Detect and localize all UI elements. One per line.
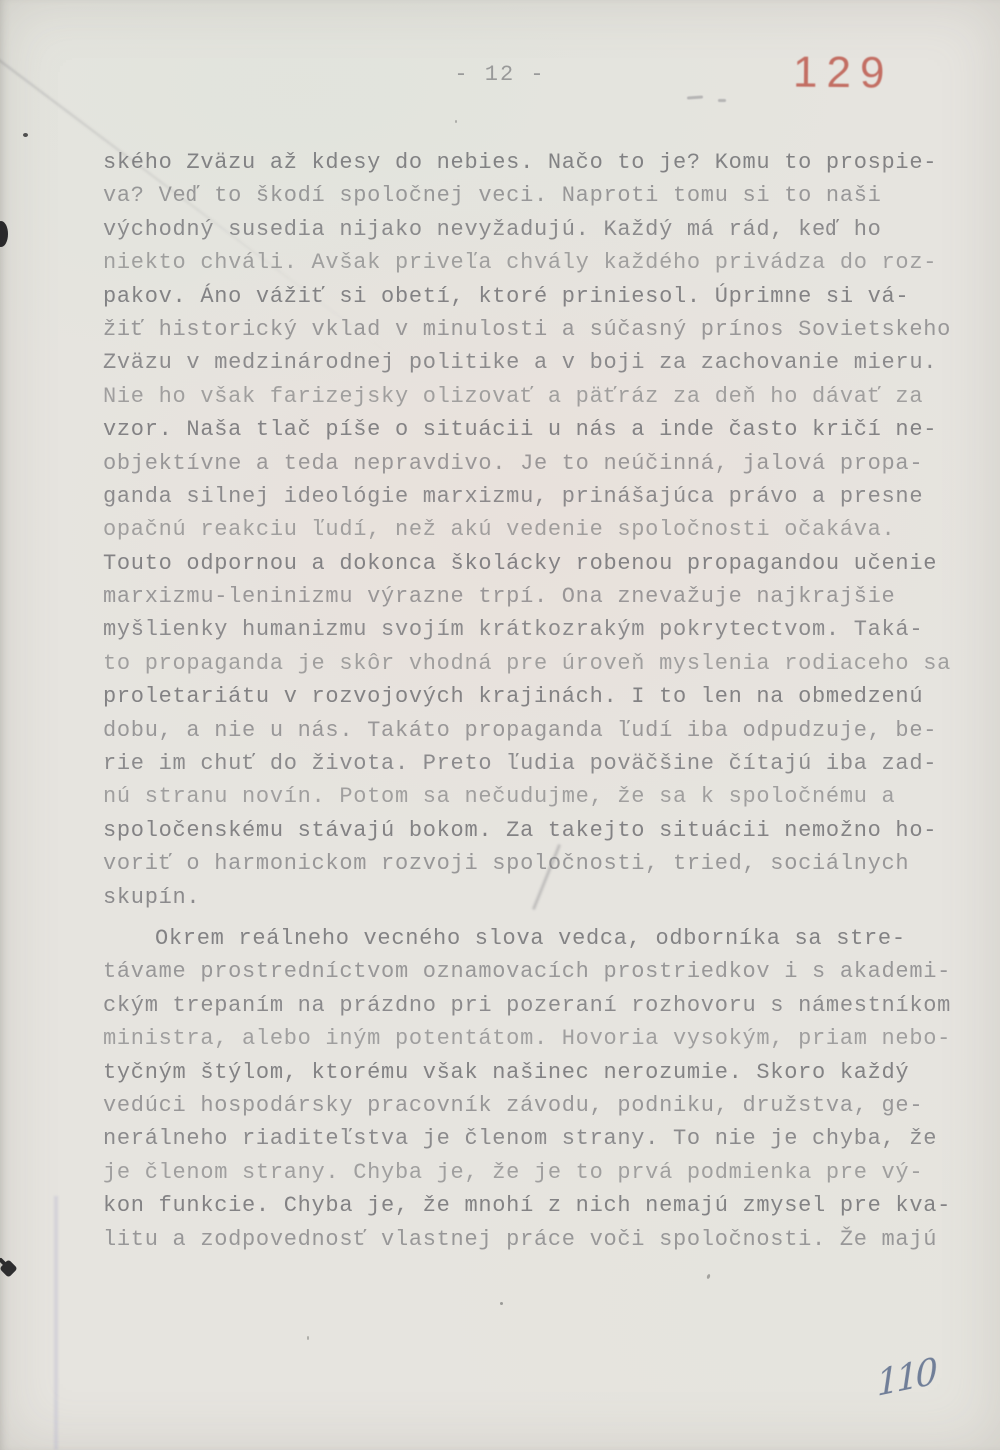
text-line: objektívne a teda nepravdivo. Je to neúč… (103, 447, 983, 480)
text-line: Touto odpornou a dokonca školácky robeno… (103, 547, 983, 580)
ink-speck (23, 133, 28, 137)
text-line: nerálneho riaditeľstva je členom strany.… (103, 1122, 983, 1155)
stamped-folio-number: 129 (793, 48, 894, 99)
text-line: nú stranu novín. Potom sa nečudujme, že … (103, 780, 983, 813)
text-line: žiť historický vklad v minulosti a súčas… (103, 313, 983, 346)
text-line: Zväzu v medzinárodnej politike a v boji … (103, 346, 983, 379)
ink-blot (0, 221, 8, 247)
pencil-mark (687, 95, 703, 99)
text-line: je členom strany. Chyba je, že je to prv… (103, 1156, 983, 1189)
text-line: opačnú reakciu ľudí, než akú vedenie spo… (103, 513, 983, 546)
text-line: myšlienky humanizmu svojím krátkozrakým … (103, 613, 983, 646)
text-line: spoločenskému stávajú bokom. Za takejto … (103, 814, 983, 847)
text-line: dobu, a nie u nás. Takáto propaganda ľud… (103, 714, 983, 747)
text-line: Okrem reálneho vecného slova vedca, odbo… (103, 922, 983, 955)
text-line: ského Zväzu až kdesy do nebies. Načo to … (103, 146, 983, 179)
pencil-mark (718, 99, 726, 102)
handwritten-number: 110 (876, 1351, 936, 1405)
ink-speck (307, 1336, 309, 1340)
text-line: skupín. (103, 881, 983, 914)
text-line: proletariátu v rozvojových krajinách. I … (103, 680, 983, 713)
ink-speck (500, 1302, 503, 1305)
text-line: pakov. Áno vážiť si obetí, ktoré prinies… (103, 280, 983, 313)
document-body: ského Zväzu až kdesy do nebies. Načo to … (103, 146, 983, 1256)
text-line: ganda silnej ideológie marxizmu, prináša… (103, 480, 983, 513)
text-line: ministra, alebo iným potentátom. Hovoria… (103, 1022, 983, 1055)
text-line: voriť o harmonickom rozvoji spoločnosti,… (103, 847, 983, 880)
scanned-document-page: - 12 - 129 ského Zväzu až kdesy do nebie… (0, 0, 1000, 1450)
text-line: tyčným štýlom, ktorému však našinec nero… (103, 1056, 983, 1089)
ink-blot (0, 1259, 18, 1277)
text-line: Nie ho však farizejsky olizovať a päťráz… (103, 380, 983, 413)
text-line: niekto chváli. Avšak priveľa chvály každ… (103, 246, 983, 279)
text-line: to propaganda je skôr vhodná pre úroveň … (103, 647, 983, 680)
text-line: marxizmu-leninizmu výrazne trpí. Ona zne… (103, 580, 983, 613)
text-line: vedúci hospodársky pracovník závodu, pod… (103, 1089, 983, 1122)
text-line: kon funkcie. Chyba je, že mnohí z nich n… (103, 1189, 983, 1222)
ink-speck (455, 120, 457, 123)
text-line: litu a zodpovednosť vlastnej práce voči … (103, 1223, 983, 1256)
paragraph-1: ského Zväzu až kdesy do nebies. Načo to … (103, 146, 983, 914)
paragraph-2: Okrem reálneho vecného slova vedca, odbo… (103, 922, 983, 1256)
text-line: va? Veď to škodí spoločnej veci. Naproti… (103, 179, 983, 212)
text-line: távame prostredníctvom oznamovacích pros… (103, 955, 983, 988)
scan-artifact-line (54, 1196, 58, 1450)
text-line: východný susedia nijako nevyžadujú. Každ… (103, 213, 983, 246)
ink-speck (706, 1274, 711, 1280)
text-line: vzor. Naša tlač píše o situácii u nás a … (103, 413, 983, 446)
text-line: ckým trepaním na prázdno pri pozeraní ro… (103, 989, 983, 1022)
text-line: rie im chuť do života. Preto ľudia poväč… (103, 747, 983, 780)
